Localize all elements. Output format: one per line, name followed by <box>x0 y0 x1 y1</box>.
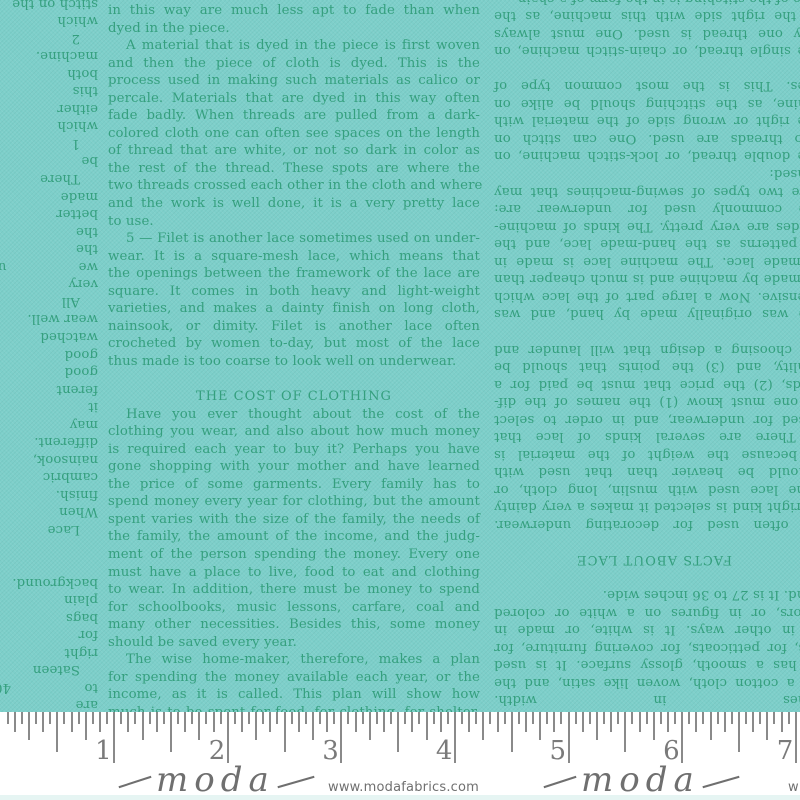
ruler-tick <box>227 712 229 763</box>
text-line: e patterns as the hand-made lace, and th… <box>494 235 800 253</box>
text-line: should be saved every year. <box>108 634 480 652</box>
ruler-tick <box>21 712 23 724</box>
text-line: may be used <box>0 415 98 433</box>
text-line: for linings, for <box>0 626 98 644</box>
website-url: www.modafabrics.com <box>328 780 479 795</box>
ruler-tick <box>596 712 598 740</box>
ruler-tick <box>42 712 44 732</box>
text-line: uality, and (3) the points that should b… <box>494 357 800 375</box>
text-line: ll. <box>494 322 800 340</box>
text-line: for schoolbooks, music lessons, carfare,… <box>108 599 480 617</box>
text-line: hased: <box>494 164 800 182</box>
text-line: used for underwear, and in order to sele… <box>494 410 800 428</box>
ruler-tick <box>248 712 250 724</box>
text-line: thus made is too coarse to look well on … <box>108 353 480 371</box>
ruler-tick <box>49 712 51 724</box>
ruler-tick <box>113 712 115 763</box>
ruler-tick <box>170 712 172 752</box>
text-line: . <box>494 59 800 77</box>
text-line: we use is made <box>0 257 98 275</box>
ruler-tick <box>269 712 271 732</box>
ruler-tick <box>376 712 378 724</box>
ruler-tick <box>773 712 775 724</box>
text-line: to wear. In addition, there must be mone… <box>108 581 480 599</box>
ruler-tick <box>653 712 655 740</box>
inch-label: 5 <box>550 736 567 766</box>
ruler-tick <box>482 712 484 740</box>
text-line: right side has <box>0 643 98 661</box>
text-line: the same patt <box>0 222 98 240</box>
ruler-tick <box>355 712 357 732</box>
text-line: plain colors, <box>0 591 98 609</box>
inch-label: 3 <box>322 736 339 766</box>
text-line: n the right side with this machine, as t… <box>494 7 800 25</box>
text-line <box>494 533 800 551</box>
ruler-tick <box>362 712 364 724</box>
ruler-tick <box>568 712 570 763</box>
text-line: e right kind is selected it makes a very… <box>494 498 800 516</box>
text-line: and then the piece of cloth is dyed. Thi… <box>108 55 480 73</box>
ruler-tick <box>156 712 158 732</box>
ruler-tick <box>646 712 648 724</box>
text-line: the rest of the thread. These spots are … <box>108 160 480 178</box>
ruler-tick <box>702 712 704 724</box>
ruler-tick <box>7 712 9 724</box>
ruler-tick <box>120 712 122 724</box>
text-line: he double thread, or lock-stitch machine… <box>494 147 800 165</box>
text-line: he single thread, or chain-stitch machin… <box>494 42 800 60</box>
ruler-tick <box>191 712 193 724</box>
text-line: wear. It is a square-mesh lace, which me… <box>108 248 480 266</box>
text-line: fade badly. When threads are pulled from… <box>108 107 480 125</box>
right-text-column-upside-down: en in the cloth when it is made. It is 2… <box>494 0 800 712</box>
ruler-tick <box>205 712 207 724</box>
text-line: background. <box>0 573 98 591</box>
text-line: nly one thread is used. One must always <box>494 24 800 42</box>
ruler-tick <box>326 712 328 732</box>
ruler-tick <box>667 712 669 732</box>
text-line: nainsook, or dimity. Filet is another la… <box>108 318 480 336</box>
text-line: d in other ways. It is white, or made in <box>494 621 800 639</box>
ruler-tick <box>198 712 200 740</box>
text-line: it wisely one <box>0 398 98 416</box>
ruler-tick <box>781 712 783 732</box>
swatch-edge <box>0 795 800 800</box>
ruler-tick <box>461 712 463 724</box>
text-line: The lace used with muslin, long cloth, o… <box>494 480 800 498</box>
ruler-tick <box>617 712 619 724</box>
ruler-tick <box>532 712 534 724</box>
left-text-column-upside-down: vests, necktiesare woven into 40 inches … <box>0 0 98 712</box>
text-line: crocheted by women to-day, but most of t… <box>108 335 480 353</box>
ruler-tick <box>624 712 626 752</box>
text-line: ide of the stitching is in the form of a… <box>494 0 800 7</box>
ruler-tick <box>610 712 612 732</box>
ruler-tick <box>276 712 278 724</box>
ruler-tick <box>71 712 73 732</box>
text-line: gs, for petticoats, for covering furnitu… <box>494 638 800 656</box>
text-line: und. It is 27 to 36 inches wide. <box>494 586 800 604</box>
text-line: varieties, and makes a dainty finish on … <box>108 300 480 318</box>
text-line: process used in making such materials as… <box>108 72 480 90</box>
ruler-tick <box>447 712 449 724</box>
ruler-tick <box>262 712 264 724</box>
text-line: very expensiv <box>0 275 98 293</box>
text-line: to 40 inches in <box>0 678 98 696</box>
ruler-tick <box>418 712 420 724</box>
ruler-tick <box>383 712 385 732</box>
text-line: either the righ <box>0 99 98 117</box>
ruler-tick <box>14 712 16 732</box>
measuring-ruler: moda www.modafabrics.com moda w 1234567 <box>0 712 800 800</box>
ruler-tick <box>106 712 108 724</box>
text-line: Sateen is a <box>0 661 98 679</box>
text-line: two threads crossed each other in the cl… <box>108 177 480 195</box>
inch-label: 2 <box>209 736 226 766</box>
text-line: gone shopping with your mother and have … <box>108 458 480 476</box>
text-line: , because the weight of the material is <box>494 445 800 463</box>
ruler-tick <box>560 712 562 724</box>
text-line: colored cloth one can often see spaces o… <box>108 125 480 143</box>
ruler-tick <box>731 712 733 724</box>
text-line: nainsook, bec <box>0 450 98 468</box>
ruler-tick <box>28 712 30 740</box>
ruler-tick <box>142 712 144 740</box>
ruler-tick <box>745 712 747 724</box>
ruler-tick <box>35 712 37 724</box>
ruler-tick <box>397 712 399 752</box>
ruler-tick <box>504 712 506 724</box>
ruler-tick <box>56 712 58 752</box>
ruler-tick <box>163 712 165 724</box>
text-line: is required each year to buy it? Perhaps… <box>108 441 480 459</box>
text-line: spent varies with the size of the family… <box>108 511 480 529</box>
text-line: must have a place to live, food to eat a… <box>108 564 480 582</box>
ruler-tick <box>127 712 129 732</box>
ruler-tick <box>603 712 605 724</box>
ruler-tick <box>78 712 80 724</box>
text-line: THE COST OF CLOTHING <box>108 388 480 406</box>
text-line: . There are several kinds of lace that <box>494 428 800 446</box>
text-line: chine, as the stitching should be alike … <box>494 94 800 112</box>
ruler-tick <box>241 712 243 732</box>
text-line: d-made lace. The machine lace is made in <box>494 252 800 270</box>
text-line: ferent kinds, <box>0 380 98 398</box>
moda-logo-1: moda <box>118 760 315 800</box>
text-line: olors, or in figures on a white or color… <box>494 603 800 621</box>
ruler-tick <box>213 712 215 732</box>
text-line: this machine <box>0 82 98 100</box>
text-line: ce was originally made by hand, and was <box>494 305 800 323</box>
ruler-tick <box>688 712 690 724</box>
ruler-tick <box>717 712 719 724</box>
text-line: different. Th <box>0 433 98 451</box>
text-line: A material that is dyed in the piece is … <box>108 37 480 55</box>
text-line: percale. Materials that are dyed in this… <box>108 90 480 108</box>
text-line: and the work is well done, it is a very … <box>108 195 480 213</box>
ruler-tick <box>631 712 633 724</box>
text-line: finish. The <box>0 485 98 503</box>
ruler-tick <box>766 712 768 740</box>
text-line: wear well. <box>0 310 98 328</box>
text-line: should be heavier than that used with <box>494 463 800 481</box>
inch-label: 7 <box>777 736 794 766</box>
text-line: There are <box>0 169 98 187</box>
text-line: of thread that are white, or not so dark… <box>108 142 480 160</box>
text-line: good quality <box>0 362 98 380</box>
ruler-tick <box>710 712 712 740</box>
inch-label: 4 <box>436 736 453 766</box>
ruler-tick <box>85 712 87 740</box>
text-line: the hand-made <box>0 240 98 258</box>
text-line: rades are very pretty. The kinds of mach… <box>494 217 800 235</box>
text-line: is a cotton cloth, woven like satin, and… <box>494 673 800 691</box>
ruler-tick <box>660 712 662 724</box>
ruler-tick <box>639 712 641 732</box>
ruler-tick <box>347 712 349 724</box>
ruler-tick <box>340 712 342 763</box>
ruler-tick <box>298 712 300 732</box>
text-line: ches in width. <box>494 691 800 709</box>
ruler-tick <box>539 712 541 740</box>
ruler-tick <box>511 712 513 752</box>
ruler-tick <box>788 712 790 724</box>
text-line: FACTS ABOUT LACE <box>494 551 800 569</box>
text-line: The wise home-maker, therefore, makes a … <box>108 651 480 669</box>
ruler-tick <box>589 712 591 724</box>
text-line: 5 — Filet is another lace sometimes used… <box>108 230 480 248</box>
website-url-partial: w <box>788 780 799 795</box>
text-line: pensive. Now a large part of the lace wh… <box>494 287 800 305</box>
ruler-tick <box>149 712 151 724</box>
center-text-column: in this way are much less apt to fade th… <box>108 2 480 712</box>
ruler-tick <box>333 712 335 724</box>
ruler-tick <box>63 712 65 724</box>
text-line: the openings between the framework of th… <box>108 265 480 283</box>
text-line: the price of some garments. Every family… <box>108 476 480 494</box>
ruler-tick <box>553 712 555 732</box>
ruler-tick <box>305 712 307 724</box>
ruler-tick <box>92 712 94 724</box>
text-line: are two types of sewing-machines that ma… <box>494 182 800 200</box>
ruler-tick <box>291 712 293 724</box>
ruler-tick <box>312 712 314 740</box>
text-line: e has a smooth, glossy surface. It is us… <box>494 656 800 674</box>
text-line: which only on <box>0 12 98 30</box>
text-line: for spending the money available each ye… <box>108 669 480 687</box>
text-line: made lace com <box>0 187 98 205</box>
text-line <box>0 538 98 556</box>
ruler-tick <box>489 712 491 724</box>
ruler-tick <box>695 712 697 732</box>
ruler-tick <box>433 712 435 724</box>
text-line: e made by machine and is much cheaper th… <box>494 270 800 288</box>
text-line: All lace wa <box>0 292 98 310</box>
ruler-tick <box>475 712 477 724</box>
text-line: cambric should <box>0 468 98 486</box>
inch-label: 1 <box>95 736 112 766</box>
ruler-tick <box>759 712 761 724</box>
text-line: are woven in <box>0 696 98 712</box>
text-line: dyed in the piece. <box>108 20 480 38</box>
text-line: Have you ever thought about the cost of … <box>108 406 480 424</box>
text-line: wo threads are used. One can stitch on <box>494 129 800 147</box>
text-line: ment of the person spending the money. E… <box>108 546 480 564</box>
ruler-tick <box>319 712 321 724</box>
ruler-tick <box>795 712 797 763</box>
text-line: the family, the amount of the income, an… <box>108 528 480 546</box>
ruler-tick <box>369 712 371 740</box>
text-line: many other necessities. Besides this, so… <box>108 616 480 634</box>
text-line <box>494 568 800 586</box>
text-line: much is to be spent for food, for clothi… <box>108 704 480 712</box>
text-line: be purchased <box>0 152 98 170</box>
text-line: Lace is of <box>0 520 98 538</box>
ruler-tick <box>99 712 101 732</box>
ruler-tick <box>575 712 577 724</box>
ruler-tick <box>468 712 470 732</box>
text-line <box>108 370 480 388</box>
text-line: des. This is the most common type of <box>494 77 800 95</box>
text-line: inds, (2) the price that must be paid fo… <box>494 375 800 393</box>
ruler-tick <box>518 712 520 724</box>
ruler-tick <box>220 712 222 724</box>
text-line: machine. <box>0 47 98 65</box>
ruler-tick <box>255 712 257 740</box>
ruler-tick <box>454 712 456 763</box>
ruler-tick <box>284 712 286 752</box>
text-line: 2 — the sin <box>0 29 98 47</box>
text-line: good quality, <box>0 345 98 363</box>
ruler-tick <box>681 712 683 763</box>
ruler-tick <box>177 712 179 724</box>
moda-logo-2: moda <box>543 760 740 800</box>
text-line: which two th <box>0 117 98 135</box>
ruler-tick <box>525 712 527 732</box>
ruler-tick <box>390 712 392 724</box>
text-line: watched in ch <box>0 327 98 345</box>
ruler-tick <box>752 712 754 732</box>
text-line: to use. <box>108 213 480 231</box>
text-line: clothing you wear, and also about how mu… <box>108 423 480 441</box>
ruler-tick <box>184 712 186 732</box>
ruler-tick <box>546 712 548 724</box>
text-line: stitch on the <box>0 0 98 12</box>
text-line: When the right <box>0 503 98 521</box>
text-line: is often used for decorating underwear. <box>494 515 800 533</box>
text-line: ce commonly used for underwear are: <box>494 200 800 218</box>
text-line: in this way are much less apt to fade th… <box>108 2 480 20</box>
ruler-tick <box>234 712 236 724</box>
ruler-tick <box>134 712 136 724</box>
inch-label: 6 <box>663 736 680 766</box>
text-line: both sides. <box>0 64 98 82</box>
text-line: income, as it is called. This plan will … <box>108 686 480 704</box>
text-line: square. It comes in both heavy and light… <box>108 283 480 301</box>
ruler-tick <box>426 712 428 740</box>
fabric-swatch: vests, necktiesare woven into 40 inches … <box>0 0 800 712</box>
text-line: y one must know (1) the names of the dif… <box>494 393 800 411</box>
ruler-tick <box>404 712 406 724</box>
text-line: he right or wrong side of the material w… <box>494 112 800 130</box>
ruler-tick <box>674 712 676 724</box>
ruler-tick <box>724 712 726 732</box>
ruler-tick <box>411 712 413 732</box>
text-line: bags and in <box>0 608 98 626</box>
text-line: spend money every year for clothing, but… <box>108 493 480 511</box>
text-line: better grades <box>0 205 98 223</box>
ruler-tick <box>440 712 442 732</box>
ruler-tick <box>497 712 499 732</box>
text-line: in choosing a design that will launder a… <box>494 340 800 358</box>
text-line <box>0 556 98 574</box>
ruler-tick <box>582 712 584 732</box>
text-line: 1 — the dou <box>0 134 98 152</box>
ruler-tick <box>738 712 740 752</box>
